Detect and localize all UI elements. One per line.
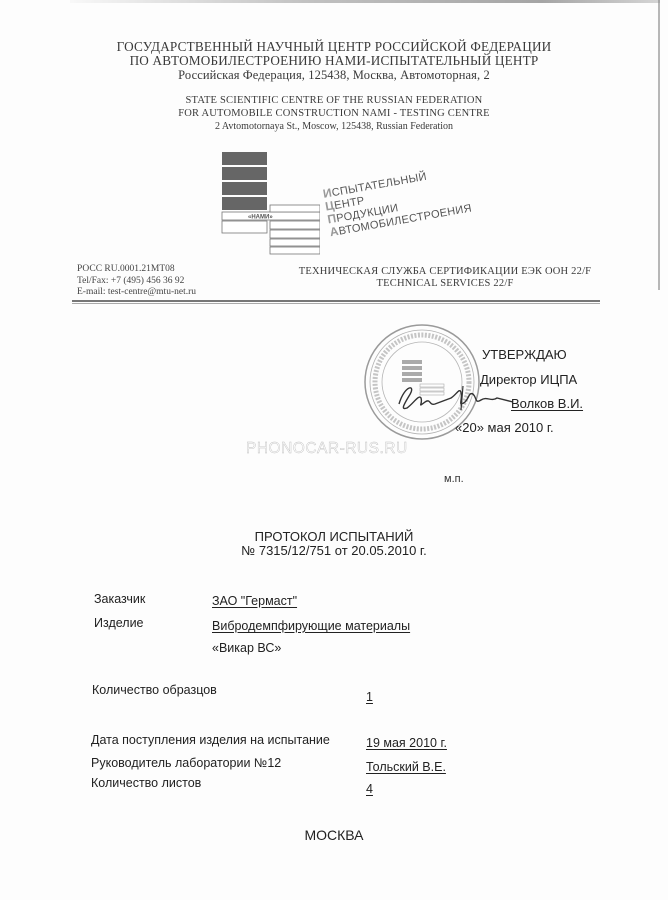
logo-wordmark: ИСПЫТАТЕЛЬНЫЙ ЦЕНТР ПРОДУКЦИИ АВТОМОБИЛЕ… [322,163,473,239]
protocol-title: ПРОТОКОЛ ИСПЫТАНИЙ [0,529,668,544]
technical-service-block: ТЕХНИЧЕСКАЯ СЛУЖБА СЕРТИФИКАЦИИ ЕЭК ООН … [295,266,595,289]
watermark: PHONOCAR-RUS.RU [246,440,408,458]
letterhead-ru-line2: ПО АВТОМОБИЛЕСТРОЕНИЮ НАМИ-ИСПЫТАТЕЛЬНЫЙ… [0,53,668,69]
approval-title: УТВЕРЖДАЮ [482,347,567,362]
lab-head-value: Тольский В.Е. [366,760,446,774]
approval-name: Волков В.И. [511,396,583,411]
svg-text:«НАМИ»: «НАМИ» [248,215,273,221]
contact-block: РОСС RU.0001.21МТ08 Tel/Fax: +7 (495) 45… [77,264,196,299]
letterhead-en-line1: STATE SCIENTIFIC CENTRE OF THE RUSSIAN F… [0,95,668,106]
product-label: Изделие [94,616,144,630]
samples-label: Количество образцов [92,683,217,697]
letterhead-ru-address: Российская Федерация, 125438, Москва, Ав… [0,68,668,83]
protocol-number: № 7315/12/751 от 20.05.2010 г. [0,543,668,558]
certificate-number: РОСС RU.0001.21МТ08 [77,264,196,276]
technical-service-en: TECHNICAL SERVICES 22/F [295,278,595,290]
letterhead-en-address: 2 Avtomotornaya St., Moscow, 125438, Rus… [0,121,668,132]
product-value-line1: Вибродемпфирующие материалы [212,619,410,633]
technical-service-ru: ТЕХНИЧЕСКАЯ СЛУЖБА СЕРТИФИКАЦИИ ЕЭК ООН … [295,266,595,278]
received-date-label: Дата поступления изделия на испытание [91,733,330,747]
header-divider [72,300,600,302]
lab-head-label: Руководитель лаборатории №12 [91,756,281,770]
product-value-line2: «Викар ВС» [212,641,281,655]
received-date-value: 19 мая 2010 г. [366,736,447,750]
customer-label: Заказчик [94,592,145,606]
approval-position: Директор ИЦПА [480,372,577,387]
city: МОСКВА [0,827,668,843]
page-edge-shadow [70,0,660,3]
tel-fax: Tel/Fax: +7 (495) 456 36 92 [77,276,196,288]
header-divider-thin [72,303,600,304]
email: E-mail: test-centre@mtu-net.ru [77,287,196,299]
customer-value: ЗАО "Гермаст" [212,594,297,608]
sheets-value: 4 [366,782,373,796]
sheets-label: Количество листов [91,776,201,790]
stamp-mark: м.п. [444,473,464,485]
testing-centre-logo-icon: «НАМИ» [220,150,320,255]
letterhead-en-line2: FOR AUTOMOBILE CONSTRUCTION NAMI - TESTI… [0,108,668,119]
samples-value: 1 [366,690,373,704]
approval-date: «20» мая 2010 г. [455,420,554,435]
